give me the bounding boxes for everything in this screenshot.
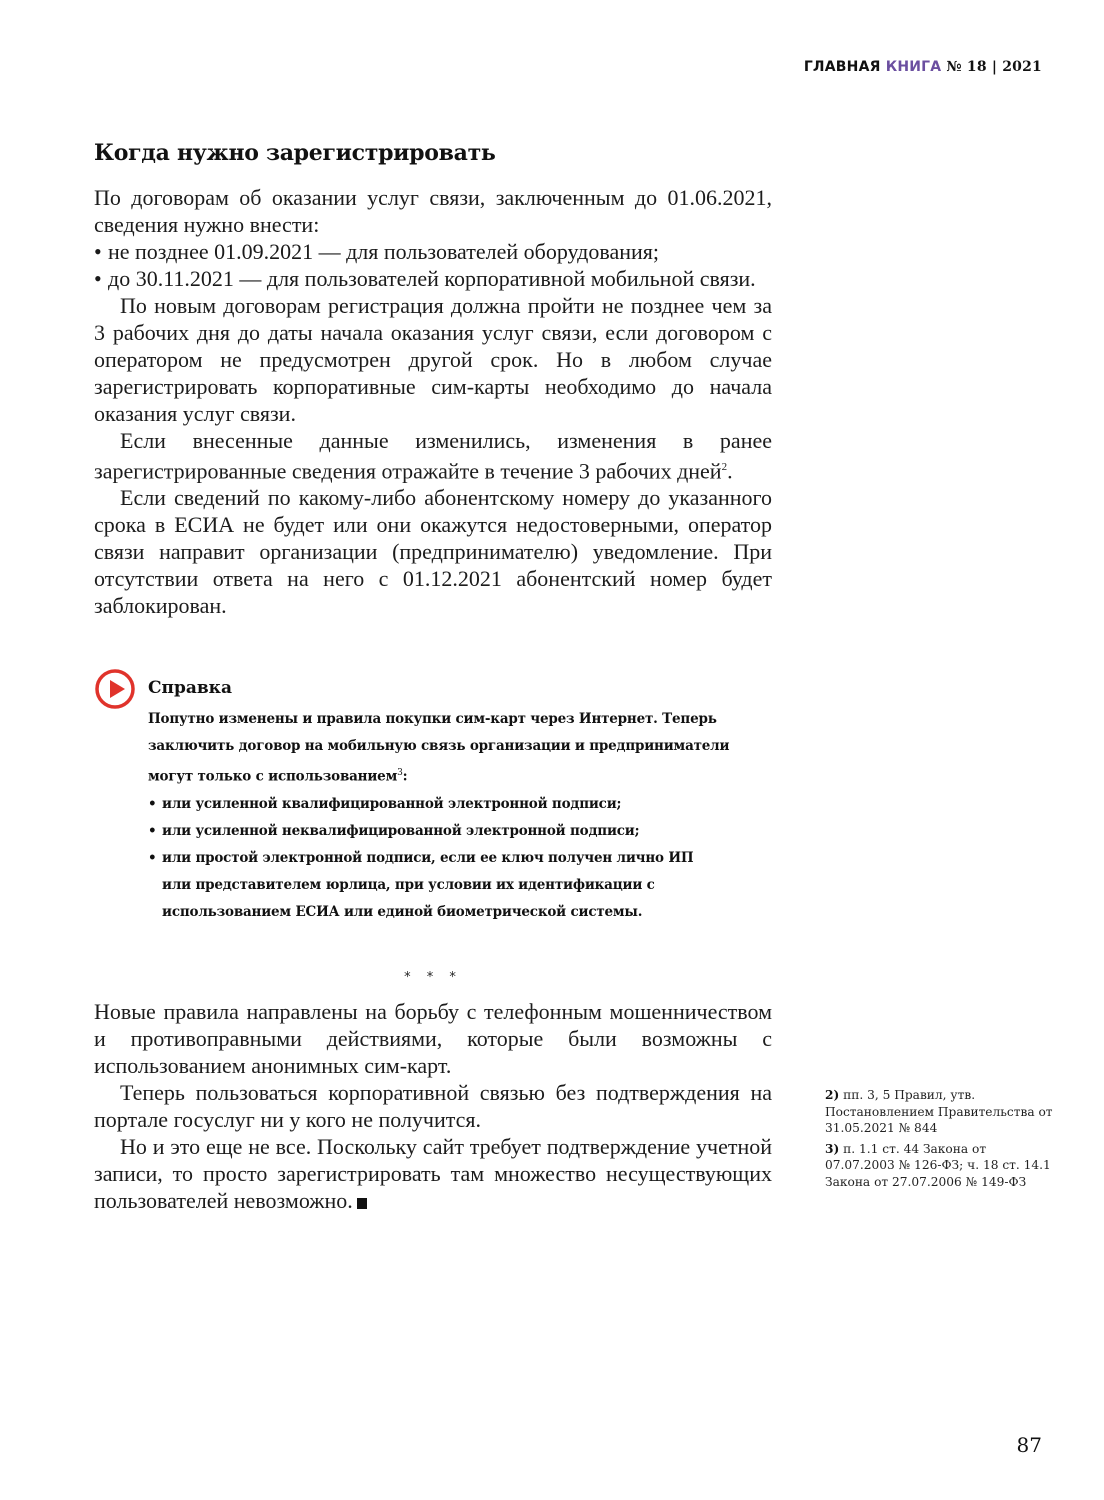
bullet-icon: • (94, 238, 102, 265)
paragraph: Теперь пользоваться корпоративной связью… (94, 1079, 772, 1133)
paragraph: По новым договорам регистрация должна пр… (94, 292, 772, 427)
footnote: 2) пп. 3, 5 Правил, утв. Постановлением … (825, 1087, 1055, 1137)
conclusion-section: Новые правила направлены на борьбу с тел… (94, 998, 772, 1214)
paragraph: Если внесенные данные изменились, измене… (94, 427, 772, 484)
note-body: Попутно изменены и правила покупки сим-к… (148, 706, 748, 926)
note-title: Справка (148, 678, 232, 698)
list-item: •или усиленной квалифицированной электро… (148, 791, 748, 818)
running-head: ГЛАВНАЯ КНИГА № 18 | 2021 (804, 59, 1042, 75)
paragraph: Новые правила направлены на борьбу с тел… (94, 998, 772, 1079)
intro-paragraph: По договорам об оказании услуг связи, за… (94, 184, 772, 238)
end-mark-icon (357, 1198, 367, 1209)
bullet-icon: • (148, 845, 156, 872)
play-circle-icon (94, 668, 136, 710)
brand-name-part1: ГЛАВНАЯ (804, 59, 881, 75)
footnote: 3) п. 1.1 ст. 44 Закона от 07.07.2003 № … (825, 1141, 1055, 1191)
bullet-icon: • (148, 791, 156, 818)
footnotes: 2) пп. 3, 5 Правил, утв. Постановлением … (825, 1087, 1055, 1194)
deadline-list: •не позднее 01.09.2021 — для пользовател… (94, 238, 772, 292)
signature-options-list: •или усиленной квалифицированной электро… (148, 791, 748, 926)
bullet-icon: • (148, 818, 156, 845)
bullet-icon: • (94, 265, 102, 292)
issue-number: № 18 | 2021 (946, 59, 1042, 75)
article-section: Когда нужно зарегистрировать По договора… (94, 140, 772, 619)
list-item: •не позднее 01.09.2021 — для пользовател… (94, 238, 772, 265)
paragraph: Если сведений по какому-либо абонентском… (94, 484, 772, 619)
page-number: 87 (1017, 1433, 1042, 1457)
paragraph: Но и это еще не все. Поскольку сайт треб… (94, 1133, 772, 1214)
list-item: •до 30.11.2021 — для пользователей корпо… (94, 265, 772, 292)
brand-name-part2: КНИГА (886, 59, 942, 75)
list-item: •или усиленной неквалифицированной элект… (148, 818, 748, 845)
section-separator: * * * (94, 970, 772, 985)
list-item: •или простой электронной подписи, если е… (148, 845, 722, 926)
section-title: Когда нужно зарегистрировать (94, 140, 772, 166)
